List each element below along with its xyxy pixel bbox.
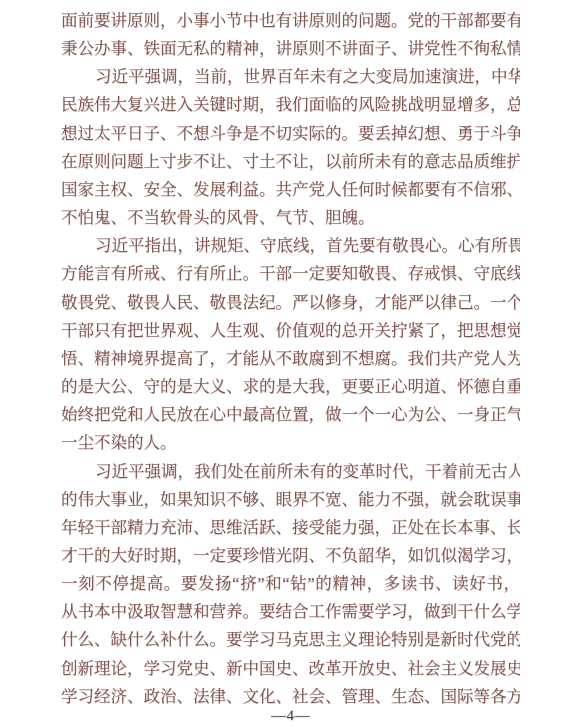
text-line: 习近平强调，当前，世界百年未有之大变局加速演进，中华 <box>61 63 520 91</box>
text-line: 干部只有把世界观、人生观、价值观的总开关拧紧了，把思想觉 <box>61 317 520 345</box>
text-line: 国家主权、安全、发展利益。共产党人任何时候都要有不信邪、 <box>61 176 520 204</box>
text-line: 民族伟大复兴进入关键时期，我们面临的风险挑战明显增多，总 <box>61 91 520 119</box>
text-line: 不怕鬼、不当软骨头的风骨、气节、胆魄。 <box>61 204 520 232</box>
text-line: 的伟大事业，如果知识不够、眼界不宽、能力不强，就会耽误事。 <box>61 486 520 514</box>
text-line: 始终把党和人民放在心中最高位置，做一个一心为公、一身正气、 <box>61 401 520 429</box>
text-line: 一尘不染的人。 <box>61 429 520 457</box>
document-body: 面前要讲原则，小事小节中也有讲原则的问题。党的干部都要有秉公办事、铁面无私的精神… <box>61 7 520 711</box>
text-line: 想过太平日子、不想斗争是不切实际的。要丢掉幻想、勇于斗争， <box>61 120 520 148</box>
text-line: 年轻干部精力充沛、思维活跃、接受能力强，正处在长本事、长 <box>61 514 520 542</box>
text-line: 秉公办事、铁面无私的精神，讲原则不讲面子、讲党性不徇私情。 <box>61 35 520 63</box>
text-line: 一刻不停提高。要发扬“挤”和“钻”的精神，多读书、读好书， <box>61 570 520 598</box>
document-page: 面前要讲原则，小事小节中也有讲原则的问题。党的干部都要有秉公办事、铁面无私的精神… <box>0 0 581 728</box>
page-number: —4— <box>0 707 581 725</box>
text-line: 在原则问题上寸步不让、寸土不让，以前所未有的意志品质维护 <box>61 148 520 176</box>
text-line: 习近平强调，我们处在前所未有的变革时代，干着前无古人 <box>61 458 520 486</box>
text-line: 习近平指出，讲规矩、守底线，首先要有敬畏心。心有所畏， <box>61 232 520 260</box>
text-line: 才干的大好时期，一定要珍惜光阴、不负韶华，如饥似渴学习， <box>61 542 520 570</box>
text-line: 创新理论，学习党史、新中国史、改革开放史、社会主义发展史， <box>61 655 520 683</box>
text-line: 的是大公、守的是大义、求的是大我，更要正心明道、怀德自重， <box>61 373 520 401</box>
text-line: 方能言有所戒、行有所止。干部一定要知敬畏、存戒惧、守底线， <box>61 260 520 288</box>
text-line: 面前要讲原则，小事小节中也有讲原则的问题。党的干部都要有 <box>61 7 520 35</box>
text-line: 悟、精神境界提高了，才能从不敢腐到不想腐。我们共产党人为 <box>61 345 520 373</box>
text-line: 什么、缺什么补什么。要学习马克思主义理论特别是新时代党的 <box>61 626 520 654</box>
text-line: 从书本中汲取智慧和营养。要结合工作需要学习，做到干什么学 <box>61 598 520 626</box>
text-line: 敬畏党、敬畏人民、敬畏法纪。严以修身，才能严以律己。一个 <box>61 289 520 317</box>
